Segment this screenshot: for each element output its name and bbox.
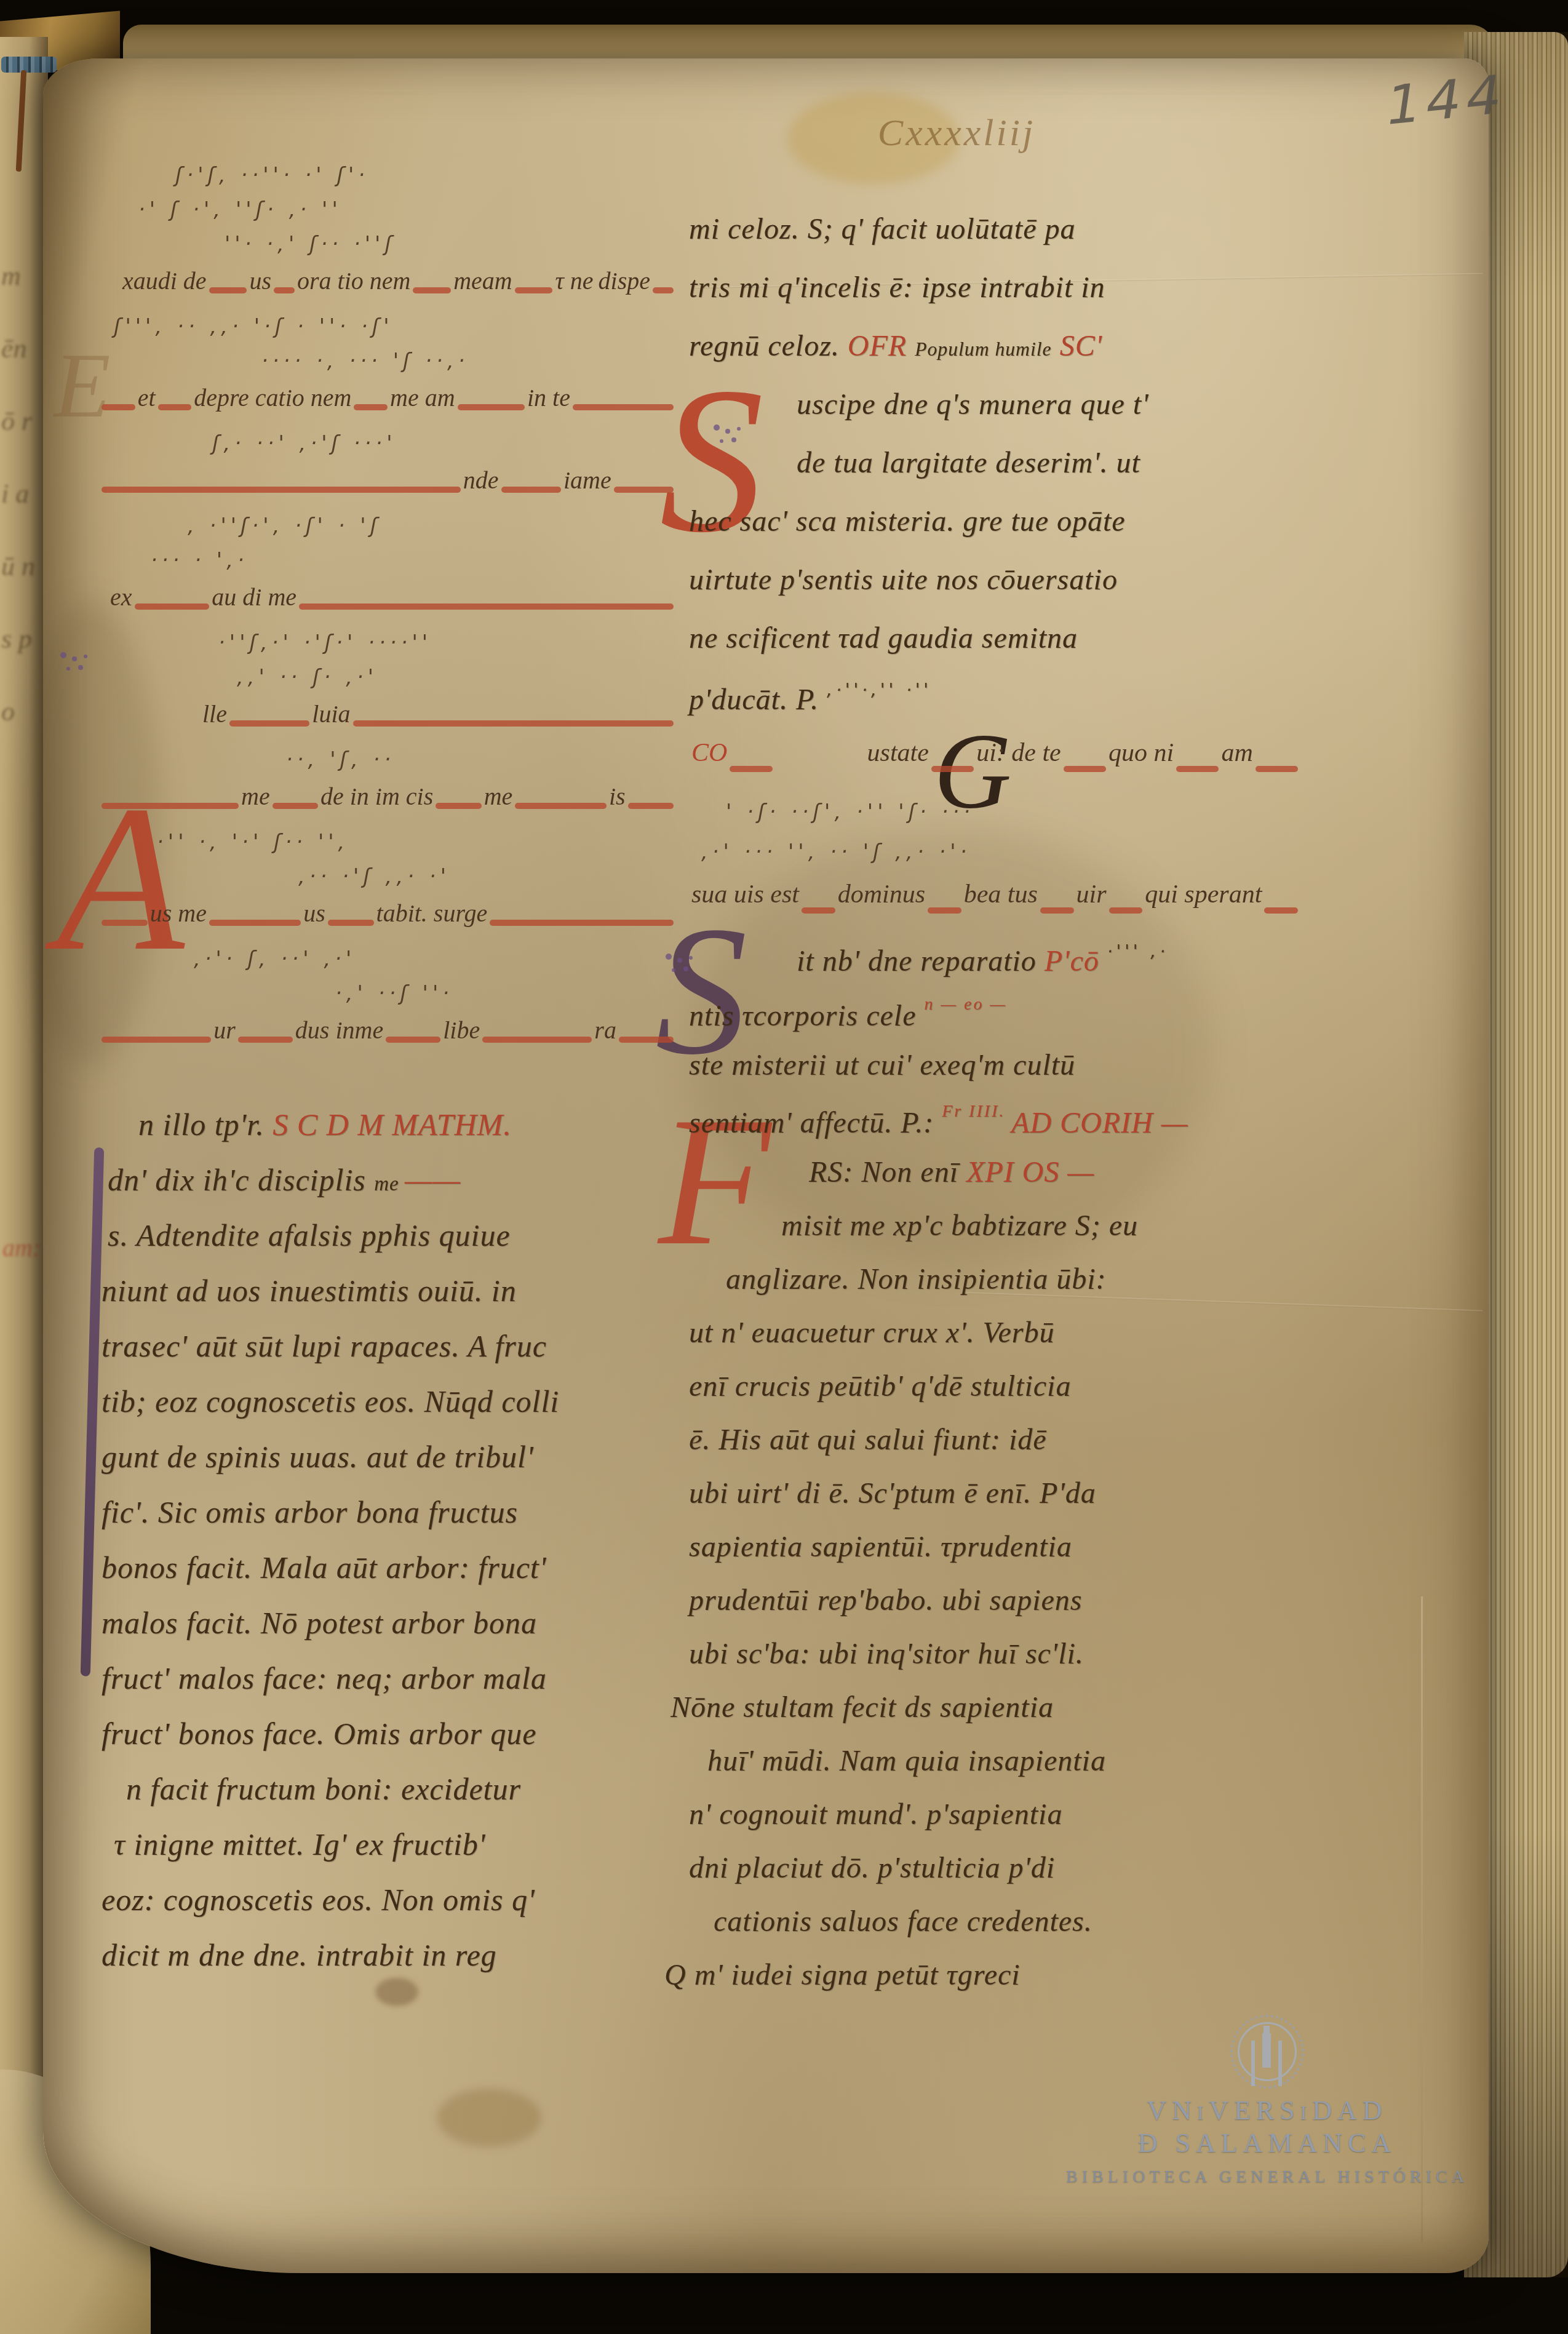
text-line: s. Adtendite afalsis pphis quiue [108, 1217, 674, 1273]
left-column: ʃ·'ʃ‚ ··''· ·' ʃ'··' ʃ ·'‚ ''ʃ· ‚· '' ''… [101, 163, 674, 1993]
chant-word: us [249, 266, 271, 295]
red-staff-rule [490, 920, 674, 926]
text-line: gunt de spinis uuas. aut de tribul' [101, 1439, 674, 1494]
text-line: dni placiut dō. p'stulticia p'di [689, 1851, 1298, 1905]
text-segment: misit me xp'c babtizare S; eu [781, 1209, 1138, 1242]
chant-word: de in im cis [320, 782, 433, 811]
text-segment: uscipe dne q's munera que t' [797, 388, 1148, 421]
red-staff-rule [353, 720, 674, 727]
red-staff-rule [619, 1037, 674, 1043]
chant-word: depre catio nem [194, 383, 351, 412]
text-segment: fruct' bonos face. Omis arbor que [101, 1716, 537, 1751]
text-line: uirtute p'sentis uite nos cōuersatio [689, 563, 1298, 621]
text-line: p'ducāt. P. ‚·''·‚'' ·'' [689, 680, 1298, 738]
text-segment: uirtute p'sentis uite nos cōuersatio [689, 564, 1118, 596]
text-segment: τ inigne mittet. Ig' ex fructib' [114, 1827, 486, 1862]
text-line: dicit m dne dne. intrabit in reg [101, 1937, 674, 1993]
red-staff-rule [482, 1037, 592, 1043]
red-staff-rule [501, 487, 561, 493]
chant-word: dominus [838, 880, 925, 909]
chant-word: dispe [599, 266, 650, 295]
text-segment: ē. His aūt qui salui fiunt: idē [689, 1424, 1047, 1456]
text-line: fic'. Sic omis arbor bona fructus [101, 1494, 674, 1550]
text-line: ste misterii ut cui' exeq'm cultū [689, 1048, 1298, 1102]
rubric-segment: —— [405, 1163, 461, 1197]
text-segment: mi celoz. S; q' facit uolūtatē pa [689, 213, 1076, 245]
text-line: sentiam' affectū. P.: Fr IIII. AD CORIH … [689, 1102, 1298, 1155]
text-segment: fruct' malos face: neq; arbor mala [101, 1661, 547, 1695]
text-line: eoz: cognoscetis eos. Non omis q' [101, 1882, 674, 1937]
chant-line: mede in im cismeis [101, 782, 674, 830]
chant-word: dus inme [295, 1016, 383, 1045]
text-segment: dn' dix ih'c disciplis [108, 1163, 374, 1197]
red-staff-rule [1040, 907, 1074, 914]
red-staff-rule [238, 1037, 293, 1043]
neume-row: ''· ·‚' ʃ·· ·''ʃ [225, 232, 674, 266]
red-staff-rule [101, 404, 135, 410]
chant-line: xaudi deusora tio nemmeamτ nedispe [120, 266, 674, 314]
red-staff-rule [101, 487, 461, 493]
chant-line: lleluia [200, 699, 674, 747]
text-line: Q m' iudei signa petūt τgreci [664, 1958, 1298, 2012]
text-segment: prudentūi rep'babo. ubi sapiens [689, 1584, 1082, 1617]
red-staff-rule [1264, 907, 1298, 914]
chant-word: ui: de te [976, 738, 1061, 768]
text-segment: fic'. Sic omis arbor bona fructus [101, 1495, 518, 1529]
text-segment: sentiam' affectū. P.: [689, 1107, 942, 1139]
rubric-segment: AD CORIH — [1011, 1107, 1188, 1139]
right-column: mi celoz. S; q' facit uolūtatē patris mi… [689, 212, 1298, 2012]
text-segment: anglizare. Non insipientia ūbi: [726, 1263, 1107, 1296]
text-line: ne scificent τad gaudia semitna [689, 621, 1298, 680]
rubric-segment: P'cō [1045, 945, 1107, 978]
red-staff-rule [614, 487, 674, 493]
text-segment: p'ducāt. P. [689, 683, 827, 716]
red-staff-rule [436, 803, 481, 809]
red-staff-rule [931, 766, 974, 772]
chant-word: et [138, 383, 156, 412]
text-segment: RS: Non enī [809, 1156, 966, 1189]
red-staff-rule [515, 287, 553, 293]
text-segment: n' cognouit mund'. p'sapientia [689, 1798, 1062, 1831]
gap [101, 1064, 674, 1107]
text-segment: ne scificent τad gaudia semitna [689, 622, 1078, 655]
text-line: regnū celoz. OFR Populum humile SC' [689, 329, 1298, 388]
red-staff-rule [1064, 766, 1106, 772]
text-line: ut n' euacuetur crux x'. Verbū [689, 1316, 1298, 1369]
headband-stitching [1, 57, 57, 73]
text-segment: trasec' aūt sūt lupi rapaces. A fruc [101, 1329, 547, 1363]
text-line: tris mi q'incelis ē: ipse intrabit in [689, 271, 1298, 329]
chant-word: quo ni [1108, 738, 1174, 768]
text-line: mi celoz. S; q' facit uolūtatē pa [689, 212, 1298, 271]
text-segment: it nb' dne reparatio [797, 945, 1045, 978]
text-segment: Populum humile [915, 338, 1051, 360]
chant-line: etdepre catio nemme amin te [101, 383, 674, 431]
text-line: uscipe dne q's munera que t' [797, 388, 1298, 446]
red-staff-rule [653, 287, 674, 293]
chant-word: us me [150, 899, 207, 928]
text-segment: niunt ad uos inuestimtis ouiū. in [101, 1273, 517, 1308]
chant-line: exau di me [108, 583, 674, 631]
neume-row: ‚·· ·'ʃ ‚‚· ·' [298, 864, 674, 899]
chant-word: qui sperant [1145, 880, 1262, 909]
chant-word: meam [453, 266, 512, 295]
folio-number-pencil: 144 [1382, 62, 1511, 138]
red-staff-rule [1109, 907, 1143, 914]
chant-word: τ ne [555, 266, 593, 295]
red-staff-rule [458, 404, 525, 410]
red-staff-rule [1256, 766, 1298, 772]
chant-word: tabit. surge [376, 899, 488, 928]
text-line: it nb' dne reparatio P'cō ·''' ‚· [797, 941, 1298, 995]
red-staff-rule [573, 404, 674, 410]
text-line: de tua largitate deserim'. ut [797, 446, 1298, 504]
text-line: n illo tp'r. S C D M MATHM. [138, 1107, 674, 1162]
rubric-segment: Fr IIII. [942, 1102, 1011, 1121]
text-line: sapientia sapientūi. τprudentia [689, 1530, 1298, 1583]
text-segment: dicit m dne dne. intrabit in reg [101, 1938, 497, 1972]
rubric-segment: S C D M MATHM. [273, 1107, 512, 1142]
text-line: RS: Non enī XPI OS — [809, 1155, 1298, 1209]
text-line: prudentūi rep'babo. ubi sapiens [689, 1583, 1298, 1637]
neume-row: ·' ʃ ·'‚ ''ʃ· ‚· '' [138, 197, 674, 232]
chant-word: sua uis est [691, 880, 799, 909]
text-line: Nōne stultam fecit ds sapientia [671, 1691, 1298, 1744]
text-segment: tib; eoz cognoscetis eos. Nūqd colli [101, 1384, 559, 1419]
text-line: huī' mūdi. Nam quia insapientia [707, 1744, 1298, 1798]
red-staff-rule [354, 404, 388, 410]
red-staff-rule [229, 720, 309, 727]
text-segment: ubi uirt' di ē. Sc'ptum ē enī. P'da [689, 1477, 1096, 1510]
manuscript-page: 144 Cxxxxliij E A S G S F ʃ·'ʃ‚ ··''· ·'… [43, 58, 1489, 2273]
library-watermark: VNiVERSiDAD Ð SALAMANCA BIBLIOTECA GENER… [1033, 2015, 1501, 2187]
text-segment: de tua largitate deserim'. ut [797, 447, 1140, 479]
previous-page-edge: m ēn ō ri a ū n s p o am: [0, 37, 48, 2334]
chant-word: lle [202, 699, 227, 728]
chant-line: sua uis estdominusbea tusuirqui sperant [689, 880, 1298, 941]
neume-row: ' ·ʃ· ··ʃ'‚ ·'' 'ʃ· ··· [726, 800, 1298, 840]
neume-row: ·‚' ··ʃ ''· [335, 981, 674, 1016]
text-segment: n illo tp'r. [138, 1107, 273, 1142]
text-line: bonos facit. Mala aūt arbor: fruct' [101, 1550, 674, 1605]
rubric-segment: SC' [1052, 330, 1102, 362]
chant-word: me [484, 782, 513, 811]
chant-word: nde [463, 466, 499, 495]
text-segment: eoz: cognoscetis eos. Non omis q' [101, 1882, 535, 1917]
text-segment: hec sac' sca misteria. gre tue opāte [689, 505, 1126, 538]
text-line: anglizare. Non insipientia ūbi: [726, 1262, 1298, 1316]
text-line: misit me xp'c babtizare S; eu [781, 1209, 1298, 1262]
red-staff-rule [209, 287, 247, 293]
text-line: niunt ad uos inuestimtis ouiū. in [101, 1273, 674, 1328]
watermark-university-line2: Ð SALAMANCA [1033, 2127, 1501, 2159]
text-line: tib; eoz cognoscetis eos. Nūqd colli [101, 1384, 674, 1439]
red-staff-rule [299, 603, 674, 610]
text-segment: ut n' euacuetur crux x'. Verbū [689, 1316, 1054, 1349]
red-staff-rule [274, 287, 295, 293]
red-staff-rule [730, 766, 772, 772]
text-segment: gunt de spinis uuas. aut de tribul' [101, 1440, 534, 1474]
red-staff-rule [413, 287, 451, 293]
chant-word: ex [110, 583, 132, 611]
text-segment: me [374, 1173, 405, 1195]
text-segment: ntis τcorporis cele [689, 1000, 924, 1032]
previous-page-red-fragment: am: [2, 1233, 41, 1262]
text-segment: dni placiut dō. p'stulticia p'di [689, 1852, 1055, 1884]
text-line: ē. His aūt qui salui fiunt: idē [689, 1423, 1298, 1476]
rubric-segment: OFR [848, 330, 915, 362]
chant-word: libe [443, 1016, 480, 1045]
chant-word: au di me [212, 583, 296, 611]
red-staff-rule [515, 803, 607, 809]
red-staff-rule [101, 920, 148, 926]
red-staff-rule [135, 603, 210, 610]
neume-row: ··‚ 'ʃ‚ ·· [286, 747, 674, 782]
text-line: n facit fructum boni: excidetur [126, 1771, 674, 1826]
text-line: τ inigne mittet. Ig' ex fructib' [114, 1826, 674, 1882]
manuscript-photo: { "page": { "folio_pencil": "144", "foli… [0, 0, 1568, 2334]
text-segment: ubi sc'ba: ubi inq'sitor huī sc'li. [689, 1638, 1084, 1670]
text-segment: n facit fructum boni: excidetur [126, 1772, 521, 1806]
neume-row: ʃ·'ʃ‚ ··''· ·' ʃ'· [175, 163, 674, 197]
text-segment: cationis saluos face credentes. [714, 1905, 1092, 1938]
red-staff-rule [209, 920, 301, 926]
text-line: enī crucis peūtib' q'dē stulticia [689, 1369, 1298, 1423]
red-staff-rule [1176, 766, 1219, 772]
text-segment: huī' mūdi. Nam quia insapientia [707, 1745, 1106, 1777]
chant-line: ndeiame [101, 466, 674, 514]
chant-line: COustateui: de tequo niam [689, 738, 1298, 800]
university-seal-icon [1230, 2015, 1304, 2089]
text-line: cationis saluos face credentes. [714, 1905, 1298, 1958]
chant-word: iame [563, 466, 611, 495]
text-segment: tris mi q'incelis ē: ipse intrabit in [689, 271, 1105, 304]
stain [437, 2089, 541, 2147]
folio-number-ink: Cxxxxliij [824, 111, 1089, 155]
chant-word: ora tio nem [297, 266, 410, 295]
neume-row: ‚·' ··· ''‚ ·· 'ʃ ‚‚· ·'· [701, 840, 1298, 880]
neume-row: ·'' ·‚ '·' ʃ·· ''‚ [157, 830, 674, 864]
text-line: trasec' aūt sūt lupi rapaces. A fruc [101, 1328, 674, 1384]
text-segment: malos facit. Nō potest arbor bona [101, 1606, 537, 1640]
chant-word: am [1221, 738, 1252, 768]
inline-neumes: ‚·''·‚'' ·'' [827, 680, 932, 700]
rubric-segment: n — eo — [924, 995, 1007, 1014]
red-staff-rule [101, 803, 239, 809]
text-line: hec sac' sca misteria. gre tue opāte [689, 504, 1298, 563]
chant-word: me am [390, 383, 455, 412]
chant-line: us meustabit. surge [101, 899, 674, 947]
previous-page-text-fragments: m ēn ō ri a ū n s p o [1, 240, 37, 748]
chant-word: ustate [867, 738, 929, 768]
text-segment: ste misterii ut cui' exeq'm cultū [689, 1049, 1075, 1081]
text-segment: s. Adtendite afalsis pphis quiue [108, 1218, 511, 1253]
chant-line: urdus inmelibera [101, 1016, 674, 1064]
red-staff-rule [273, 803, 318, 809]
chant-word: me [241, 782, 270, 811]
text-line: fruct' malos face: neq; arbor mala [101, 1660, 674, 1716]
text-line: ntis τcorporis cele n — eo — [689, 995, 1298, 1048]
text-line: ubi uirt' di ē. Sc'ptum ē enī. P'da [689, 1476, 1298, 1530]
initial-gospel-i [81, 1147, 105, 1676]
text-line: n' cognouit mund'. p'sapientia [689, 1798, 1298, 1851]
chant-word: luia [312, 699, 350, 728]
neume-row: ‚·'· ʃ‚ ··' ‚·' [194, 947, 674, 981]
red-staff-rule [158, 404, 192, 410]
chant-word: us [303, 899, 325, 928]
red-staff-rule [386, 1037, 440, 1043]
neume-row: ʃ‚· ··' ‚·'ʃ ···' [212, 431, 674, 466]
chant-word: bea tus [964, 880, 1038, 909]
red-staff-rule [802, 907, 835, 914]
neume-row: ···· ·‚ ··· 'ʃ ··‚· [261, 349, 674, 383]
inline-neumes: ·''' ‚· [1107, 941, 1169, 962]
text-segment: regnū celoz. [689, 330, 848, 362]
chant-word: CO [691, 738, 727, 768]
watermark-library-name: BIBLIOTECA GENERAL HISTÓRICA [1033, 2167, 1501, 2187]
red-staff-rule [928, 907, 961, 914]
text-segment: Q m' iudei signa petūt τgreci [664, 1959, 1021, 1991]
chant-word: xaudi de [122, 266, 207, 295]
neume-row: ‚‚' ·· ʃ· ‚·' [237, 665, 674, 699]
chant-word: ra [594, 1016, 616, 1045]
neume-row: ·''ʃ‚·' ·'ʃ·' ····'' [218, 631, 674, 665]
text-line: malos facit. Nō potest arbor bona [101, 1605, 674, 1660]
chant-word: uir [1077, 880, 1107, 909]
text-segment: Nōne stultam fecit ds sapientia [671, 1691, 1054, 1724]
text-segment: enī crucis peūtib' q'dē stulticia [689, 1370, 1071, 1403]
rubric-segment: XPI OS — [966, 1156, 1094, 1189]
text-line: ubi sc'ba: ubi inq'sitor huī sc'li. [689, 1637, 1298, 1691]
chant-word: is [609, 782, 626, 811]
chant-word: in te [527, 383, 570, 412]
neume-row: ʃ'''‚ ·· ‚‚· '·ʃ · ''· ·ʃ' [114, 314, 674, 349]
text-line: fruct' bonos face. Omis arbor que [101, 1716, 674, 1771]
chant-word: ur [213, 1016, 236, 1045]
purple-ink-dots [60, 652, 66, 658]
watermark-university-line1: VNiVERSiDAD [1033, 2095, 1501, 2126]
neume-row: ··· · '‚· [151, 548, 674, 583]
text-segment: sapientia sapientūi. τprudentia [689, 1531, 1072, 1563]
red-staff-rule [628, 803, 674, 809]
red-staff-rule [328, 920, 374, 926]
red-staff-rule [101, 1037, 211, 1043]
text-segment: bonos facit. Mala aūt arbor: fruct' [101, 1550, 546, 1585]
text-line: dn' dix ih'c disciplis me —— [108, 1162, 674, 1217]
neume-row: ‚ ·''ʃ·'‚ ·ʃ' · 'ʃ [188, 514, 674, 548]
